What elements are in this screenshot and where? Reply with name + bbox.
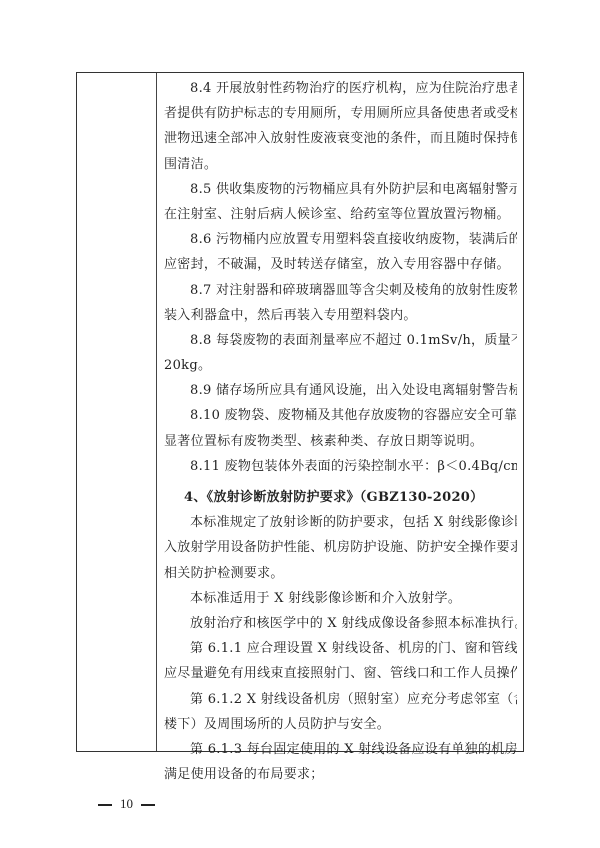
text-line: 本标准适用于 X 射线影像诊断和介入放射学。 — [164, 586, 517, 611]
text-line: 相关防护检测要求。 — [164, 561, 517, 586]
text-line: 8.4 开展放射性药物治疗的医疗机构，应为住院治疗患者或受检 — [164, 76, 517, 101]
section-4-paragraphs: 本标准规定了放射诊断的防护要求，包括 X 射线影像诊断和介入放射学用设备防护性能… — [164, 510, 517, 787]
footer-dash-right — [141, 804, 155, 806]
text-line: 装入利器盒中，然后再装入专用塑料袋内。 — [164, 303, 517, 328]
text-line: 显著位置标有废物类型、核素种类、存放日期等说明。 — [164, 429, 517, 454]
text-line: 围清洁。 — [164, 152, 517, 177]
text-line: 8.10 废物袋、废物桶及其他存放废物的容器应安全可靠，并在 — [164, 403, 517, 428]
text-line: 8.9 储存场所应具有通风设施，出入处设电离辐射警告标志。 — [164, 378, 517, 403]
text-line: 8.5 供收集废物的污物桶应具有外防护层和电离辐射警示标志。 — [164, 177, 517, 202]
text-line: 楼下）及周围场所的人员防护与安全。 — [164, 712, 517, 737]
table-left-column — [77, 73, 157, 751]
text-line: 第 6.1.2 X 射线设备机房（照射室）应充分考虑邻室（含楼上和 — [164, 687, 517, 712]
text-line: 者提供有防护标志的专用厕所，专用厕所应具备使患者或受检者排 — [164, 101, 517, 126]
text-line: 应尽量避免有用线束直接照射门、窗、管线口和工作人员操作位。 — [164, 661, 517, 686]
text-line: 8.8 每袋废物的表面剂量率应不超过 0.1mSv/h，质量不超过 — [164, 328, 517, 353]
text-line: 8.6 污物桶内应放置专用塑料袋直接收纳废物，装满后的废物袋 — [164, 227, 517, 252]
page-number: 10 — [120, 796, 133, 811]
text-line: 应密封，不破漏，及时转送存储室，放入专用容器中存储。 — [164, 252, 517, 277]
text-line: 本标准规定了放射诊断的防护要求，包括 X 射线影像诊断和介 — [164, 510, 517, 535]
text-line: 放射治疗和核医学中的 X 射线成像设备参照本标准执行。 — [164, 611, 517, 636]
text-line: 泄物迅速全部冲入放射性废液衰变池的条件，而且随时保持便池周 — [164, 126, 517, 151]
text-line: 在注射室、注射后病人候诊室、给药室等位置放置污物桶。 — [164, 202, 517, 227]
text-line: 第 6.1.1 应合理设置 X 射线设备、机房的门、窗和管线口位置， — [164, 636, 517, 661]
page-footer: 10 — [90, 796, 163, 812]
content-table: 8.4 开展放射性药物治疗的医疗机构，应为住院治疗患者或受检者提供有防护标志的专… — [76, 72, 524, 752]
section-8-paragraphs: 8.4 开展放射性药物治疗的医疗机构，应为住院治疗患者或受检者提供有防护标志的专… — [164, 76, 517, 479]
text-line: 满足使用设备的布局要求； — [164, 762, 517, 787]
section-heading: 4、《放射诊断放射防护要求》（GBZ130-2020） — [164, 485, 517, 510]
text-line: 8.7 对注射器和碎玻璃器皿等含尖刺及棱角的放射性废物，应先 — [164, 278, 517, 303]
text-line: 入放射学用设备防护性能、机房防护设施、防护安全操作要求及其 — [164, 535, 517, 560]
text-line: 第 6.1.3 每台固定使用的 X 射线设备应设有单独的机房，机房应 — [164, 737, 517, 762]
text-line: 8.11 废物包装体外表面的污染控制水平：β＜0.4Bq/cm²。 — [164, 454, 517, 479]
text-line: 20kg。 — [164, 353, 517, 378]
table-right-column: 8.4 开展放射性药物治疗的医疗机构，应为住院治疗患者或受检者提供有防护标志的专… — [158, 73, 523, 787]
footer-dash-left — [98, 804, 112, 806]
